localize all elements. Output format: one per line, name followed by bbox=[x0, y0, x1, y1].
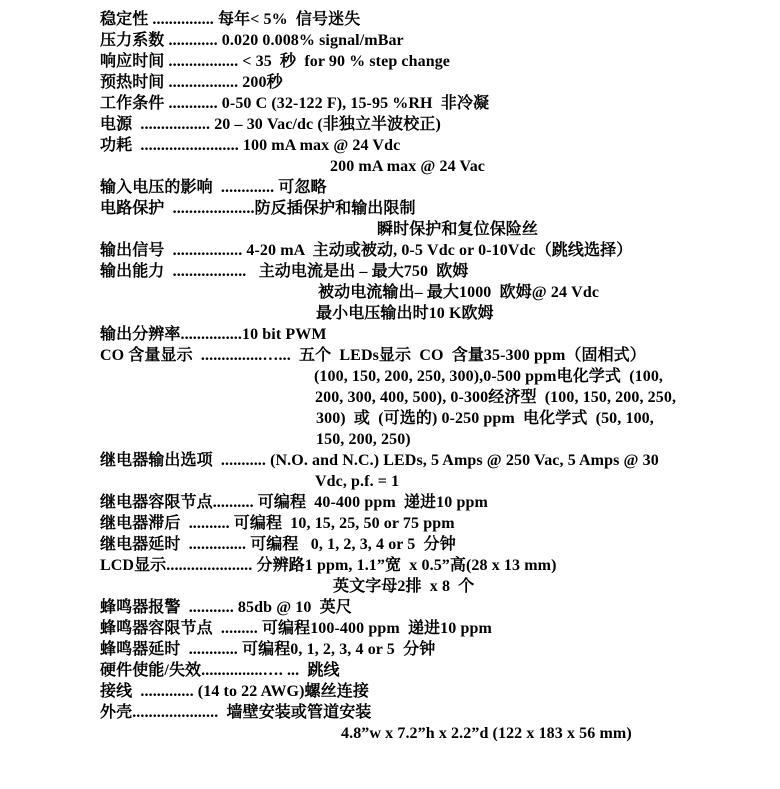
spec-line: 电路保护 ....................防反插保护和输出限制 bbox=[100, 198, 770, 219]
spec-line: 英文字母2排 x 8 个 bbox=[333, 576, 770, 597]
spec-line: 功耗 ........................ 100 mA max @… bbox=[100, 135, 770, 156]
spec-line: 300) 或 (可选的) 0-250 ppm 电化学式 (50, 100, bbox=[316, 408, 770, 429]
spec-line: 继电器滞后 .......... 可编程 10, 15, 25, 50 or 7… bbox=[100, 513, 770, 534]
spec-line: 蜂鸣器容限节点 ......... 可编程100-400 ppm 递进10 pp… bbox=[100, 618, 770, 639]
spec-line: 继电器容限节点.......... 可编程 40-400 ppm 递进10 pp… bbox=[100, 492, 770, 513]
spec-line: 继电器延时 .............. 可编程 0, 1, 2, 3, 4 o… bbox=[100, 534, 770, 555]
spec-line: 输出信号 ................. 4-20 mA 主动或被动, 0-… bbox=[100, 240, 770, 261]
spec-line: 瞬时保护和复位保险丝 bbox=[377, 219, 770, 240]
spec-line: 蜂鸣器延时 ............ 可编程0, 1, 2, 3, 4 or 5… bbox=[100, 639, 770, 660]
spec-line: 稳定性 ............... 每年< 5% 信号迷失 bbox=[100, 9, 770, 30]
spec-line: 4.8”w x 7.2”h x 2.2”d (122 x 183 x 56 mm… bbox=[341, 723, 770, 744]
spec-line: 蜂鸣器报警 ........... 85db @ 10 英尺 bbox=[100, 597, 770, 618]
spec-line: 工作条件 ............ 0-50 C (32-122 F), 15-… bbox=[100, 93, 770, 114]
spec-line: 接线 ............. (14 to 22 AWG)螺丝连接 bbox=[100, 681, 770, 702]
spec-line: 外壳..................... 墙壁安装或管道安装 bbox=[100, 702, 770, 723]
spec-line: 压力系数 ............ 0.020 0.008% signal/mB… bbox=[100, 30, 770, 51]
spec-line: 响应时间 ................. < 35 秒 for 90 % s… bbox=[100, 51, 770, 72]
spec-line: 硬件使能/失效...............…. ... 跳线 bbox=[100, 660, 770, 681]
spec-line: 最小电压输出时10 K欧姆 bbox=[316, 303, 770, 324]
spec-line: 输出能力 .................. 主动电流是出 – 最大750 欧… bbox=[100, 261, 770, 282]
spec-line: 200, 300, 400, 500), 0-300经济型 (100, 150,… bbox=[315, 387, 770, 408]
spec-line: 预热时间 ................. 200秒 bbox=[100, 72, 770, 93]
spec-line: 被动电流输出– 最大1000 欧姆@ 24 Vdc bbox=[318, 282, 770, 303]
spec-line: 电源 ................. 20 – 30 Vac/dc (非独立… bbox=[100, 114, 770, 135]
spec-line: CO 含量显示 ...............…... 五个 LEDs显示 CO… bbox=[100, 345, 770, 366]
spec-line: 输入电压的影响 ............. 可忽略 bbox=[100, 177, 770, 198]
spec-line: Vdc, p.f. = 1 bbox=[315, 471, 770, 492]
spec-line: 输出分辨率...............10 bit PWM bbox=[100, 324, 770, 345]
spec-line: (100, 150, 200, 250, 300),0-500 ppm电化学式 … bbox=[314, 366, 770, 387]
spec-line: 200 mA max @ 24 Vac bbox=[330, 156, 770, 177]
spec-line: 150, 200, 250) bbox=[316, 429, 770, 450]
spec-document: 稳定性 ............... 每年< 5% 信号迷失压力系数 ....… bbox=[100, 9, 770, 744]
spec-line: 继电器输出选项 ........... (N.O. and N.C.) LEDs… bbox=[100, 450, 770, 471]
spec-line: LCD显示..................... 分辨路1 ppm, 1.1… bbox=[100, 555, 770, 576]
